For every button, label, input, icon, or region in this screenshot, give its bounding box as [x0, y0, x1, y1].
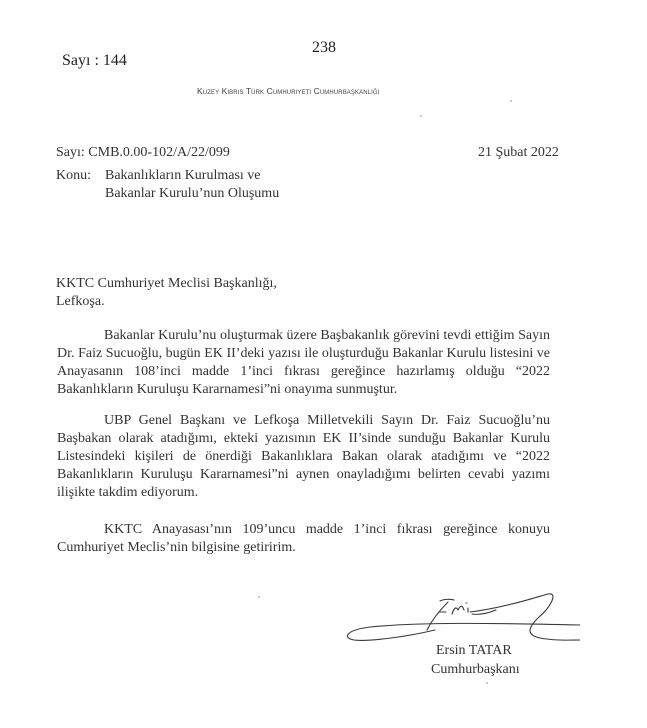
addressee-line-1: KKTC Cumhuriyet Meclisi Başkanlığı, [56, 276, 277, 292]
letterhead: Kuzey Kıbrıs Türk Cumhuriyeti Cumhurbaşk… [197, 86, 379, 96]
scan-speck [510, 100, 512, 102]
scan-speck [420, 115, 422, 117]
addressee-line-2: Lefkoşa. [56, 294, 105, 310]
document-date: 21 Şubat 2022 [478, 145, 559, 161]
body-paragraph-2: UBP Genel Başkanı ve Lefkoşa Milletvekil… [57, 412, 550, 502]
body-paragraph-3: KKTC Anayasası’nın 109’uncu madde 1’inci… [57, 521, 550, 557]
body-paragraph-1: Bakanlar Kurulu’nu oluşturmak üzere Başb… [57, 327, 550, 399]
scan-speck [258, 596, 260, 598]
subject-line-1: Bakanlıkların Kurulması ve [105, 168, 261, 184]
signer-name: Ersin TATAR [436, 643, 512, 659]
reference-number: Sayı: CMB.0.00-102/A/22/099 [56, 145, 230, 161]
scan-speck [486, 682, 488, 684]
gazette-number: Sayı : 144 [62, 52, 127, 70]
subject-label: Konu: [56, 168, 91, 184]
subject-line-2: Bakanlar Kurulu’nun Oluşumu [105, 186, 279, 202]
page-number: 238 [312, 39, 336, 57]
signer-title: Cumhurbaşkanı [431, 662, 520, 678]
